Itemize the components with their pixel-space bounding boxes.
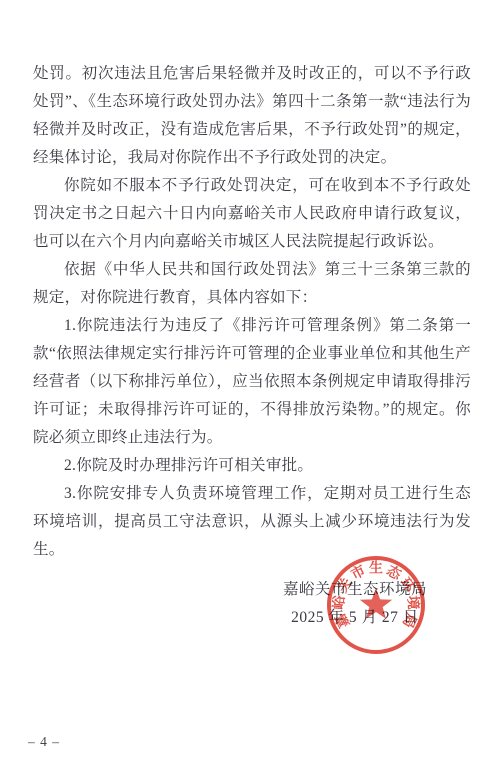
paragraph-4: 1.你院违法行为违反了《排污许可管理条例》第二条第一款“依照法律规定实行排污许可… xyxy=(33,312,471,452)
paragraph-6: 3.你院安排专人负责环境管理工作，定期对员工进行生态环境培训，提高员工守法意识，… xyxy=(33,480,471,564)
signature-organization: 嘉峪关市生态环境局 xyxy=(240,576,470,604)
paragraph-1: 处罚。初次违法且危害后果轻微并及时改正的，可以不予行政处罚”、《生态环境行政处罚… xyxy=(33,60,471,172)
signature-block: 嘉峪关市生态环境局 2025 年 5 月 27 日 xyxy=(240,576,470,632)
paragraph-5: 2.你院及时办理排污许可相关审批。 xyxy=(33,452,471,480)
doc-body: 处罚。初次违法且危害后果轻微并及时改正的，可以不予行政处罚”、《生态环境行政处罚… xyxy=(33,60,471,564)
doc-page: 处罚。初次违法且危害后果轻微并及时改正的，可以不予行政处罚”、《生态环境行政处罚… xyxy=(0,0,503,769)
signature-date: 2025 年 5 月 27 日 xyxy=(240,604,470,632)
paragraph-2: 你院如不服本不予行政处罚决定，可在收到本不予行政处罚决定书之日起六十日内向嘉峪关… xyxy=(33,172,471,256)
page-number: – 4 – xyxy=(28,734,60,750)
paragraph-3: 依据《中华人民共和国行政处罚法》第三十三条第三款的规定，对你院进行教育，具体内容… xyxy=(33,256,471,312)
